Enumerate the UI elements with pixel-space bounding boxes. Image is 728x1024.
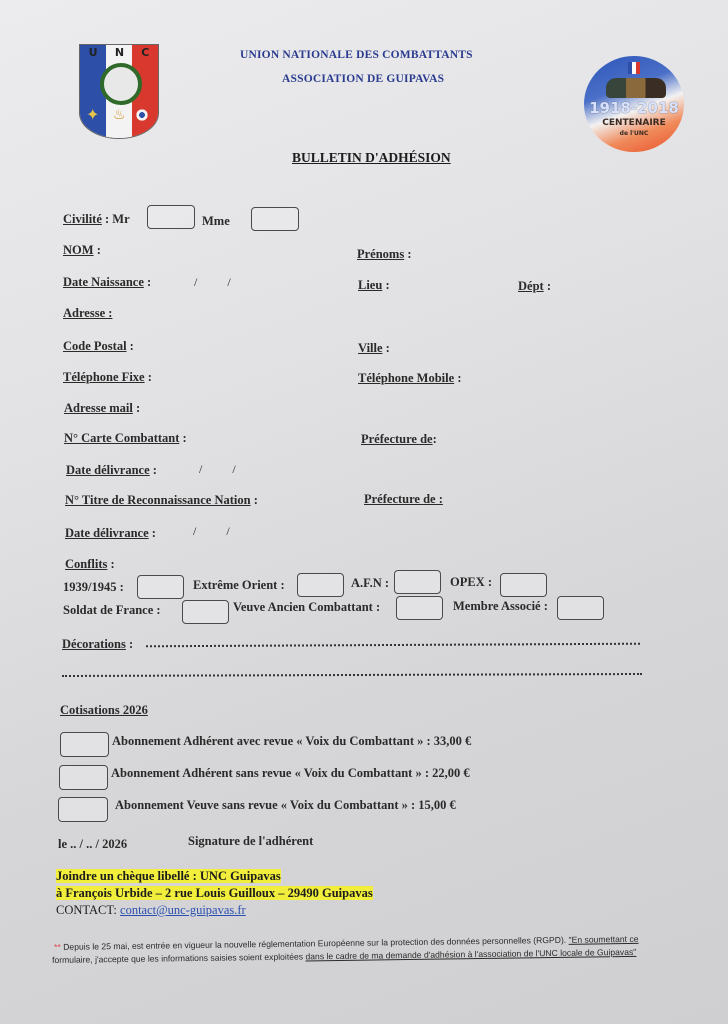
org-name: UNION NATIONALE DES COMBATTANTS xyxy=(240,49,473,61)
nom-field[interactable]: NOM : xyxy=(63,243,101,258)
conflit-extreme-orient-label: Extrême Orient : xyxy=(193,578,285,593)
decorations-label: Décorations xyxy=(62,637,126,651)
payment-line-2: à François Urbide – 2 rue Louis Guilloux… xyxy=(56,886,373,900)
ville-field[interactable]: Ville : xyxy=(358,341,390,356)
prefecture-titre-field[interactable]: Préfecture de : xyxy=(364,492,443,507)
cotisation-veuve-label: Abonnement Veuve sans revue « Voix du Co… xyxy=(115,798,456,813)
adresse-field[interactable]: Adresse : xyxy=(63,306,112,321)
prefecture-carte-field[interactable]: Préfecture de: xyxy=(361,432,437,447)
cotisation-sans-revue-label: Abonnement Adhérent sans revue « Voix du… xyxy=(111,766,470,781)
cotisation-avec-revue-label: Abonnement Adhérent avec revue « Voix du… xyxy=(112,734,471,749)
membre-associe-checkbox[interactable] xyxy=(557,596,604,620)
cotisation-avec-revue-checkbox[interactable] xyxy=(60,732,109,757)
conflit-afn-label: A.F.N : xyxy=(351,576,389,591)
veuve-ancien-combattant-checkbox[interactable] xyxy=(396,596,443,620)
centenaire-badge-icon: 1918-2018 CENTENAIRE de l'UNC xyxy=(584,56,684,152)
cotisation-sans-revue-checkbox[interactable] xyxy=(59,765,108,790)
footnote-consent-end: dans le cadre de ma demande d'adhésion à… xyxy=(305,947,636,962)
code-postal-label: Code Postal xyxy=(63,339,127,353)
mr-label: : Mr xyxy=(102,212,130,226)
badge-years: 1918-2018 xyxy=(584,99,684,117)
dept-label: Dépt xyxy=(518,279,544,293)
conflit-1939-checkbox[interactable] xyxy=(137,575,184,599)
nom-label: NOM xyxy=(63,243,94,257)
flag-icon xyxy=(628,62,640,74)
cotisations-heading: Cotisations 2026 xyxy=(60,703,148,718)
footnote-consent-middle: formulaire, j'accepte que les informatio… xyxy=(52,951,303,965)
unc-shield-icon: U N C ✦ ♨ xyxy=(79,44,159,139)
helmets-icon xyxy=(606,78,666,98)
lieu-label: Lieu xyxy=(358,278,382,292)
payment-address-line: à François Urbide – 2 rue Louis Guilloux… xyxy=(56,886,373,901)
conflits-label: Conflits xyxy=(65,557,107,571)
conflit-extreme-orient-checkbox[interactable] xyxy=(297,573,344,597)
letter-n: N xyxy=(115,46,124,59)
conflit-1939-label: 1939/1945 : xyxy=(63,580,124,595)
decorations-line-1[interactable] xyxy=(146,643,640,648)
payment-line-1: Joindre un chèque libellé : UNC Guipavas xyxy=(56,869,281,883)
titre-reconnaissance-field[interactable]: N° Titre de Reconnaissance Nation : xyxy=(65,493,258,508)
dept-field[interactable]: Dépt : xyxy=(518,279,551,294)
date-delivrance-carte-label: Date délivrance xyxy=(66,463,150,477)
date-naissance-label: Date Naissance xyxy=(63,275,144,289)
email-label: Adresse mail xyxy=(64,401,133,415)
form-title: BULLETIN D'ADHÉSION xyxy=(292,150,451,166)
lieu-field[interactable]: Lieu : xyxy=(358,278,390,293)
soldat-de-france-label: Soldat de France : xyxy=(63,603,161,618)
flame-icon: ♨ xyxy=(113,107,126,123)
decorations-line-2[interactable] xyxy=(62,673,642,677)
soldat-de-france-checkbox[interactable] xyxy=(182,600,229,624)
contact-label: CONTACT: xyxy=(56,903,117,917)
conflits-heading: Conflits : xyxy=(65,557,115,572)
badge-subtitle: de l'UNC xyxy=(584,130,684,137)
date-naissance-slashes: / / xyxy=(194,275,231,290)
unc-letters: U N C xyxy=(80,46,158,59)
signature-label: Signature de l'adhérent xyxy=(188,834,313,849)
veuve-ancien-combattant-label: Veuve Ancien Combattant : xyxy=(233,600,380,615)
telephone-mobile-field[interactable]: Téléphone Mobile : xyxy=(358,371,461,386)
ville-label: Ville xyxy=(358,341,383,355)
date-delivrance-titre-label: Date délivrance xyxy=(65,526,149,540)
date-delivrance-carte-slashes: / / xyxy=(199,462,236,477)
mr-checkbox[interactable] xyxy=(147,205,195,229)
prenoms-field[interactable]: Prénoms : xyxy=(357,247,412,262)
letter-u: U xyxy=(89,46,98,59)
date-delivrance-titre-field[interactable]: Date délivrance : xyxy=(65,526,156,541)
footnote-marker: ** xyxy=(54,942,61,952)
date-naissance-field[interactable]: Date Naissance : xyxy=(63,275,151,290)
mme-checkbox[interactable] xyxy=(251,207,299,231)
association-name: ASSOCIATION DE GUIPAVAS xyxy=(282,73,444,85)
conflit-opex-checkbox[interactable] xyxy=(500,573,547,597)
contact-line: CONTACT: contact@unc-guipavas.fr xyxy=(56,903,246,918)
date-delivrance-carte-field[interactable]: Date délivrance : xyxy=(66,463,157,478)
telephone-fixe-label: Téléphone Fixe xyxy=(63,370,145,384)
civilite-label: Civilité xyxy=(63,212,102,226)
cotisation-veuve-checkbox[interactable] xyxy=(58,797,108,822)
footnote-consent-start: "En soumettant ce xyxy=(568,934,638,945)
code-postal-field[interactable]: Code Postal : xyxy=(63,339,134,354)
titre-reconnaissance-label: N° Titre de Reconnaissance Nation xyxy=(65,493,251,507)
signature-date[interactable]: le .. / .. / 2026 xyxy=(58,837,127,852)
conflit-afn-checkbox[interactable] xyxy=(394,570,441,594)
membre-associe-label: Membre Associé : xyxy=(453,599,548,614)
telephone-fixe-field[interactable]: Téléphone Fixe : xyxy=(63,370,152,385)
contact-email-link[interactable]: contact@unc-guipavas.fr xyxy=(120,903,246,917)
badge-title: CENTENAIRE xyxy=(584,118,684,128)
mme-label: Mme xyxy=(202,214,230,229)
carte-combattant-field[interactable]: N° Carte Combattant : xyxy=(64,431,187,446)
cocarde-icon xyxy=(134,107,150,123)
telephone-mobile-label: Téléphone Mobile xyxy=(358,371,454,385)
conflit-opex-label: OPEX : xyxy=(450,575,492,590)
prefecture-carte-label: Préfecture de xyxy=(361,432,433,446)
star-icon: ✦ xyxy=(86,105,99,124)
prenoms-label: Prénoms xyxy=(357,247,404,261)
civilite-row: Civilité : Mr xyxy=(63,212,130,227)
carte-combattant-label: N° Carte Combattant xyxy=(64,431,179,445)
wreath-helmet-icon xyxy=(100,63,142,105)
decorations-label-group: Décorations : xyxy=(62,637,133,652)
email-field[interactable]: Adresse mail : xyxy=(64,401,140,416)
date-delivrance-titre-slashes: / / xyxy=(193,524,230,539)
letter-c: C xyxy=(141,46,149,59)
payment-cheque-line: Joindre un chèque libellé : UNC Guipavas xyxy=(56,869,281,884)
decorations-sep: : xyxy=(126,637,133,651)
